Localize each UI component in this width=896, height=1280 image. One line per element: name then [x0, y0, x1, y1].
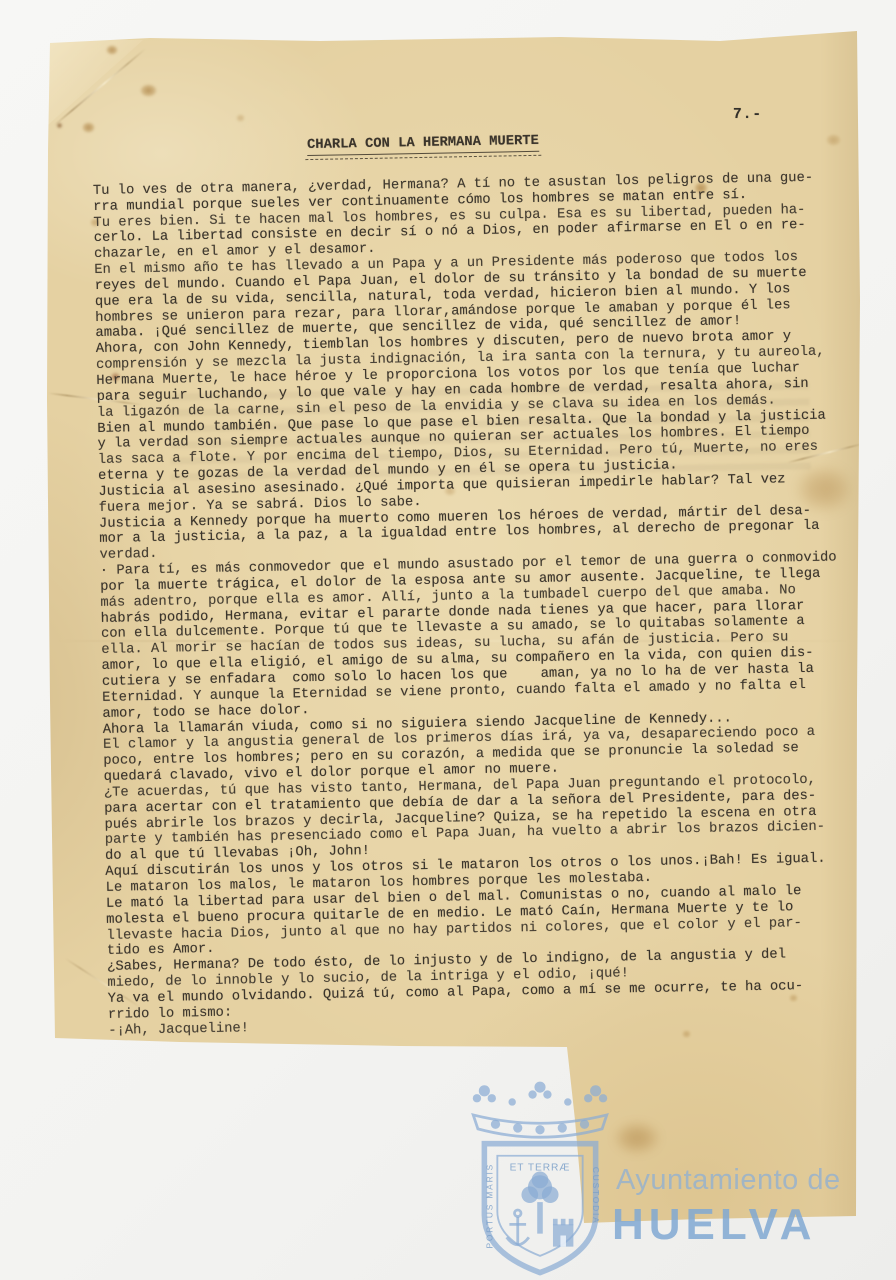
corner-fold	[48, 40, 143, 125]
document-title: CHARLA CON LA HERMANA MUERTE	[307, 134, 539, 156]
document-body: Tu lo ves de otra manera, ¿verdad, Herma…	[93, 170, 857, 1039]
anchor-icon	[507, 1210, 529, 1245]
scan-background: 7.- CHARLA CON LA HERMANA MUERTE Tu lo v…	[0, 0, 896, 1280]
tower-icon	[553, 1219, 573, 1247]
stain-mark	[140, 84, 157, 97]
shield-motto-top: ET TERRÆ	[510, 1163, 571, 1174]
stain-mark	[236, 114, 245, 122]
typed-text-block: CHARLA CON LA HERMANA MUERTE Tu lo ves d…	[92, 128, 856, 1039]
tree-icon	[521, 1172, 558, 1234]
page-number: 7.-	[733, 107, 762, 123]
stain-mark	[82, 122, 95, 133]
stain-mark	[614, 1122, 660, 1154]
stain-mark	[682, 1030, 691, 1038]
stain-mark	[106, 45, 118, 55]
shield-motto-left: PORTUS MARIS	[485, 1163, 495, 1249]
